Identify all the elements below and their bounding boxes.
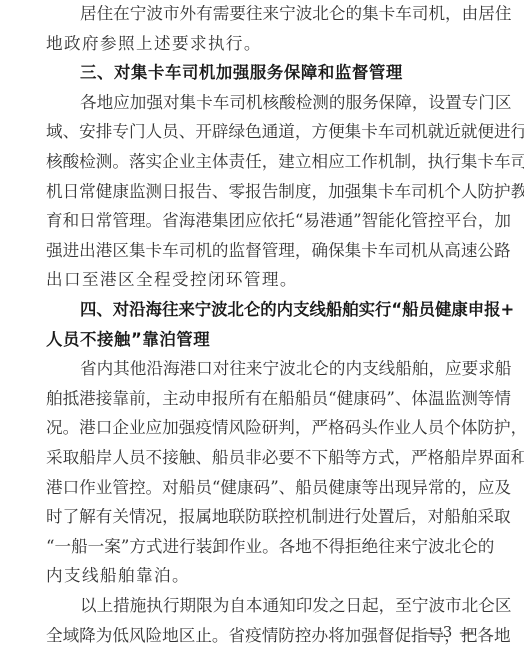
text-line: 内支线船舶靠泊。 [46, 559, 190, 592]
text-line: 核酸检测。落实企业主体责任，建立相应工作机制，执行集卡车司 [46, 145, 478, 178]
text-line: “一船一案”方式进行装卸作业。各地不得拒绝往来宁波北仑的 [46, 530, 478, 563]
text-line: 出口至港区全程受控闭环管理。 [46, 263, 298, 296]
text-line: 以上措施执行期限为自本通知印发之日起，至宁波市北仑区 [80, 589, 478, 622]
text-line: 域、安排专门人员、开辟绿色通道，方便集卡车司机就近就便进行 [46, 115, 478, 148]
text-line: 全域降为低风险地区止。省疫情防控办将加强督促指导，把各地 [46, 619, 478, 652]
text-line: 省内其他沿海港口对往来宁波北仑的内支线船舶，应要求船 [80, 352, 478, 385]
text-line: 各地应加强对集卡车司机核酸检测的服务保障，设置专门区 [80, 86, 478, 119]
section-heading-3: 三、对集卡车司机加强服务保障和监督管理 [80, 56, 403, 89]
text-line: 育和日常管理。省海港集团应依托“易港通”智能化管控平台，加 [46, 204, 478, 237]
text-line: 强进出港区集卡车司机的监督管理，确保集卡车司机从高速公路 [46, 234, 478, 267]
section-heading-4: 四、对沿海往来宁波北仑的内支线船舶实行“船员健康申报+ [80, 293, 478, 326]
text-line: 况。港口企业应加强疫情风险研判，严格码头作业人员个体防护， [46, 411, 478, 444]
text-line: 港口作业管控。对船员“健康码”、船员健康等出现异常的，应及 [46, 471, 478, 504]
text-line: 机日常健康监测日报告、零报告制度，加强集卡车司机个人防护教 [46, 175, 478, 208]
text-line: 时了解有关情况，报属地联防联控机制进行处置后，对船舶采取 [46, 500, 478, 533]
page-number: — 3 — [421, 620, 475, 644]
text-line: 地政府参照上述要求执行。 [46, 27, 262, 60]
text-line: 居住在宁波市外有需要往来宁波北仑的集卡车司机，由居住 [80, 0, 478, 30]
text-line: 舶抵港接靠前，主动申报所有在船船员“健康码”、体温监测等情 [46, 382, 478, 415]
text-line: 采取船岸人员不接触、船员非必要不下船等方式，严格船岸界面和 [46, 441, 478, 474]
section-heading-4-cont: 人员不接触”靠泊管理 [46, 323, 210, 356]
